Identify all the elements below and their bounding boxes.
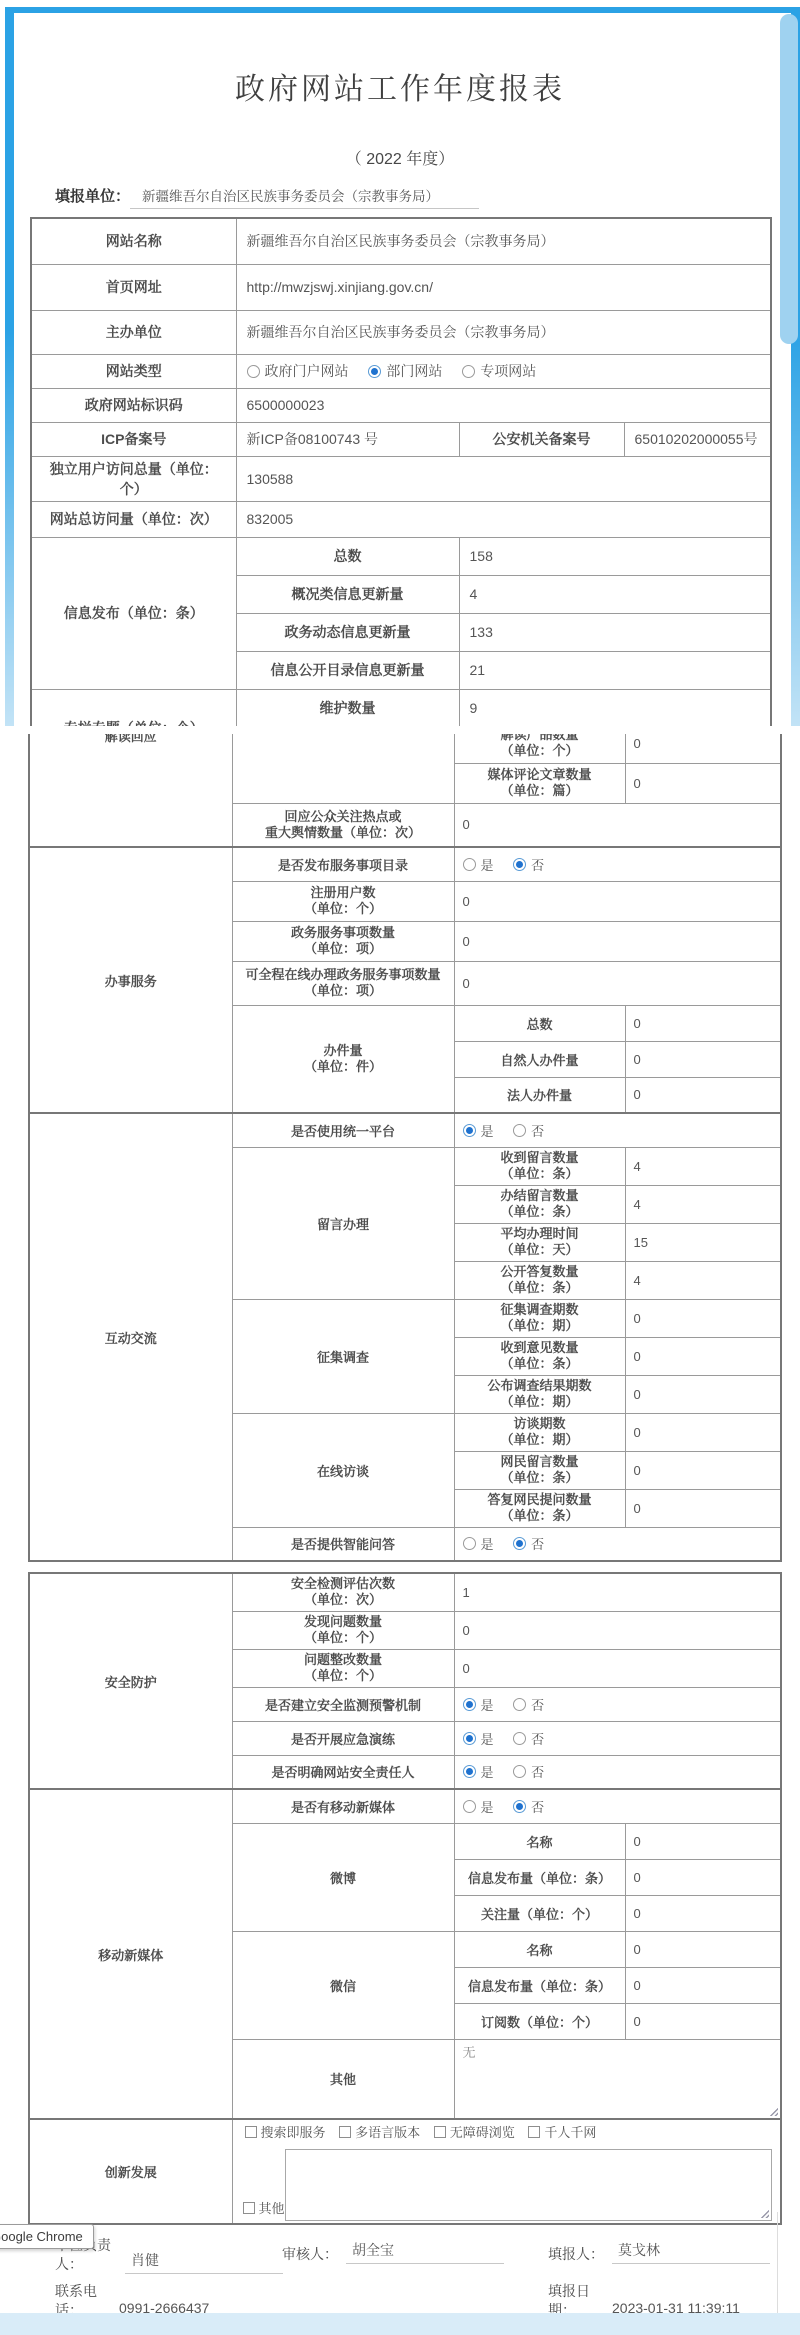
opinions-received-value: 0: [625, 1337, 781, 1375]
bottom-taskbar-strip: [0, 2313, 800, 2335]
table-row: 办事服务 是否发布服务事项目录 是 否: [29, 847, 781, 881]
wechat-subscribers-value: 0: [625, 2003, 781, 2039]
smart-qa-label: 是否提供智能问答: [232, 1527, 454, 1561]
message-handling-group-label: 留言办理: [232, 1147, 454, 1299]
security-media-segment: 安全防护 安全检测评估次数（单位：次） 1 发现问题数量（单位：个） 0 问题整…: [0, 1572, 800, 2225]
radio-selected-icon: [513, 1800, 526, 1813]
checkbox-icon: [528, 2126, 540, 2138]
resize-handle-icon[interactable]: [759, 2208, 769, 2218]
survey-periods-label: 征集调查期数（单位：期）: [454, 1299, 625, 1337]
registered-users-label: 注册用户数（单位：个）: [232, 881, 454, 921]
netizen-replies-value: 0: [625, 1489, 781, 1527]
radio-option-gov-portal[interactable]: 政府门户网站: [247, 361, 349, 381]
radio-option-no[interactable]: 否: [513, 1695, 544, 1714]
problems-fixed-value: 0: [454, 1649, 781, 1687]
website-type-label: 网站类型: [31, 354, 236, 388]
security-officer-radio-group: 是 否: [454, 1755, 781, 1789]
survey-group-label: 征集调查: [232, 1299, 454, 1413]
police-record-value: 65010202000055号: [624, 422, 771, 456]
window-frame-left: [5, 7, 14, 726]
resize-handle-icon[interactable]: [768, 2106, 778, 2116]
checkbox-icon: [243, 2202, 255, 2214]
radio-icon: [513, 1124, 526, 1137]
report-header-segment: 政府网站工作年度报表 （ 2022 年度） 填报单位：新疆维吾尔自治区民族事务委…: [0, 0, 800, 726]
homepage-url-value: http://mwzjswj.xinjiang.gov.cn/: [236, 264, 771, 310]
weibo-group-label: 微博: [232, 1823, 454, 1931]
smart-qa-radio-group: 是 否: [454, 1527, 781, 1561]
website-type-options: 政府门户网站 部门网站 专项网站: [236, 354, 771, 388]
radio-selected-icon: [463, 1124, 476, 1137]
messages-received-label: 收到留言数量（单位：条）: [454, 1147, 625, 1185]
reviewer-label: 审核人：: [282, 2245, 338, 2264]
table-row: 网站名称 新疆维吾尔自治区民族事务委员会（宗教事务局）: [31, 218, 771, 264]
unit-manager-input[interactable]: 肖健: [125, 2250, 283, 2274]
wechat-posts-value: 0: [625, 1967, 781, 2003]
table-row: 解读回应 解读产品数量（单位：个） 0: [29, 734, 781, 763]
security-assessments-label: 安全检测评估次数（单位：次）: [232, 1573, 454, 1611]
survey-results-label: 公布调查结果期数（单位：期）: [454, 1375, 625, 1413]
table-row: 信息发布（单位：条） 总数 158: [31, 537, 771, 575]
radio-selected-icon: [463, 1698, 476, 1711]
total-visits-label: 网站总访问量（单位：次）: [31, 501, 236, 537]
total-visits-value: 832005: [236, 501, 771, 537]
site-code-value: 6500000023: [236, 388, 771, 422]
services-interaction-table: 解读回应 解读产品数量（单位：个） 0 媒体评论文章数量（单位：篇） 0 回应公…: [28, 734, 782, 1562]
police-record-label: 公安机关备案号: [459, 422, 624, 456]
monitoring-mechanism-label: 是否建立安全监测预警机制: [232, 1687, 454, 1721]
report-year: （ 2022 年度）: [0, 146, 800, 169]
weibo-followers-value: 0: [625, 1895, 781, 1931]
service-catalog-label: 是否发布服务事项目录: [232, 847, 454, 881]
checkbox-search-service[interactable]: 搜索即服务: [245, 2122, 326, 2141]
radio-option-no-selected[interactable]: 否: [513, 855, 544, 874]
icp-label: ICP备案号: [31, 422, 236, 456]
reporter-group: 填报人： 莫戈林: [548, 2240, 770, 2264]
checkbox-personalized[interactable]: 千人千网: [528, 2122, 596, 2141]
monitoring-mechanism-radio-group: 是 否: [454, 1687, 781, 1721]
table-row: 政府网站标识码 6500000023: [31, 388, 771, 422]
checkbox-other[interactable]: 其他: [243, 2198, 285, 2217]
checkbox-accessibility[interactable]: 无障碍浏览: [434, 2122, 515, 2141]
radio-option-department-selected[interactable]: 部门网站: [368, 361, 442, 381]
table-row: ICP备案号 新ICP备08100743 号 公安机关备案号 650102020…: [31, 422, 771, 456]
radio-option-yes-selected[interactable]: 是: [463, 1762, 494, 1781]
service-catalog-radio-group: 是 否: [454, 847, 781, 881]
radio-icon: [513, 1698, 526, 1711]
reporting-unit-label: 填报单位：: [55, 188, 130, 205]
innovation-group-label: 创新发展: [29, 2119, 232, 2224]
table-row: 主办单位 新疆维吾尔自治区民族事务委员会（宗教事务局）: [31, 310, 771, 354]
maintained-count-value: 9: [459, 689, 771, 726]
unified-platform-radio-group: 是 否: [454, 1113, 781, 1147]
icp-value: 新ICP备08100743 号: [236, 422, 459, 456]
scrollbar-thumb[interactable]: [780, 14, 798, 344]
checkbox-multilingual[interactable]: 多语言版本: [339, 2122, 420, 2141]
table-row: 移动新媒体 是否有移动新媒体 是 否: [29, 1789, 781, 1823]
services-group-label: 办事服务: [29, 847, 232, 1113]
special-columns-group-label: 专栏专题（单位：个）: [31, 689, 236, 726]
has-mobile-media-label: 是否有移动新媒体: [232, 1789, 454, 1823]
radio-icon: [513, 1732, 526, 1745]
other-media-textarea[interactable]: 无: [454, 2039, 781, 2119]
reporter-label: 填报人：: [548, 2245, 604, 2264]
wechat-name-value: 0: [625, 1931, 781, 1967]
opinions-received-label: 收到意见数量（单位：条）: [454, 1337, 625, 1375]
interview-group-label: 在线访谈: [232, 1413, 454, 1527]
reporting-unit-line: 填报单位：新疆维吾尔自治区民族事务委员会（宗教事务局）: [55, 185, 800, 209]
footer-divider-line: [777, 2212, 778, 2318]
registered-users-value: 0: [454, 881, 781, 921]
weibo-posts-value: 0: [625, 1859, 781, 1895]
wechat-posts-label: 信息发布量（单位：条）: [454, 1967, 625, 2003]
security-media-table: 安全防护 安全检测评估次数（单位：次） 1 发现问题数量（单位：个） 0 问题整…: [28, 1572, 782, 2225]
radio-option-yes-selected[interactable]: 是: [463, 1695, 494, 1714]
problems-fixed-label: 问题整改数量（单位：个）: [232, 1649, 454, 1687]
interpretation-products-label: 解读产品数量（单位：个）: [454, 734, 625, 763]
table-row: 网站类型 政府门户网站 部门网站 专项网站: [31, 354, 771, 388]
info-total-label: 总数: [236, 537, 459, 575]
security-officer-label: 是否明确网站安全责任人: [232, 1755, 454, 1789]
radio-icon: [463, 1537, 476, 1550]
info-overview-label: 概况类信息更新量: [236, 575, 459, 613]
interpretation-group-label: 解读回应: [29, 734, 232, 847]
maintained-count-label: 维护数量: [236, 689, 459, 726]
checkbox-icon: [339, 2126, 351, 2138]
media-comments-value: 0: [625, 763, 781, 803]
wechat-name-label: 名称: [454, 1931, 625, 1967]
radio-option-no[interactable]: 否: [513, 1121, 544, 1140]
radio-option-yes-selected[interactable]: 是: [463, 1121, 494, 1140]
radio-icon: [463, 858, 476, 871]
survey-periods-value: 0: [625, 1299, 781, 1337]
sponsor-label: 主办单位: [31, 310, 236, 354]
unique-visitors-label: 独立用户访问总量（单位：个）: [31, 456, 236, 501]
info-news-label: 政务动态信息更新量: [236, 613, 459, 651]
service-items-label: 政务服务事项数量（单位：项）: [232, 921, 454, 961]
caseload-group-label: 办件量（单位：件）: [232, 1005, 454, 1113]
homepage-url-label: 首页网址: [31, 264, 236, 310]
public-replies-value: 4: [625, 1261, 781, 1299]
window-frame-top: [5, 7, 795, 13]
avg-handling-time-value: 15: [625, 1223, 781, 1261]
reporting-unit-value[interactable]: 新疆维吾尔自治区民族事务委员会（宗教事务局）: [130, 185, 479, 209]
radio-option-yes[interactable]: 是: [463, 855, 494, 874]
problems-found-value: 0: [454, 1611, 781, 1649]
info-overview-value: 4: [459, 575, 771, 613]
online-service-items-value: 0: [454, 961, 781, 1005]
wechat-group-label: 微信: [232, 1931, 454, 2039]
radio-selected-icon: [368, 365, 381, 378]
website-name-label: 网站名称: [31, 218, 236, 264]
messages-completed-label: 办结留言数量（单位：条）: [454, 1185, 625, 1223]
messages-completed-value: 4: [625, 1185, 781, 1223]
netizen-messages-value: 0: [625, 1451, 781, 1489]
radio-option-yes-selected[interactable]: 是: [463, 1729, 494, 1748]
website-name-value: 新疆维吾尔自治区民族事务委员会（宗教事务局）: [236, 218, 771, 264]
avg-handling-time-label: 平均办理时间（单位：天）: [454, 1223, 625, 1261]
radio-option-no-selected[interactable]: 否: [513, 1534, 544, 1553]
radio-option-yes[interactable]: 是: [463, 1534, 494, 1553]
table-row: 网站总访问量（单位：次） 832005: [31, 501, 771, 537]
table-row: 创新发展 搜索即服务 多语言版本 无障碍浏览 千人千网 其他: [29, 2119, 781, 2224]
table-row: 专栏专题（单位：个） 维护数量 9: [31, 689, 771, 726]
innovation-checkbox-row: 搜索即服务 多语言版本 无障碍浏览 千人千网: [241, 2122, 773, 2141]
radio-icon: [247, 365, 260, 378]
weibo-followers-label: 关注量（单位：个）: [454, 1895, 625, 1931]
reporter-input[interactable]: 莫戈林: [612, 2240, 770, 2264]
media-comments-label: 媒体评论文章数量（单位：篇）: [454, 763, 625, 803]
online-service-items-label: 可全程在线办理政务服务事项数量（单位：项）: [232, 961, 454, 1005]
problems-found-label: 发现问题数量（单位：个）: [232, 1611, 454, 1649]
innovation-textarea[interactable]: [285, 2149, 773, 2221]
radio-selected-icon: [513, 1537, 526, 1550]
info-news-value: 133: [459, 613, 771, 651]
unique-visitors-value: 130588: [236, 456, 771, 501]
radio-option-yes[interactable]: 是: [463, 1797, 494, 1816]
info-publish-group-label: 信息发布（单位：条）: [31, 537, 236, 689]
basic-info-table: 网站名称 新疆维吾尔自治区民族事务委员会（宗教事务局） 首页网址 http://…: [30, 217, 772, 726]
info-catalog-label: 信息公开目录信息更新量: [236, 651, 459, 689]
annual-report-page: 政府网站工作年度报表 （ 2022 年度） 填报单位：新疆维吾尔自治区民族事务委…: [0, 0, 800, 2335]
interpretation-products-value: 0: [625, 734, 781, 763]
interview-periods-label: 访谈期数（单位：期）: [454, 1413, 625, 1451]
info-catalog-value: 21: [459, 651, 771, 689]
interpretation-empty-cell: [232, 734, 454, 803]
security-group-label: 安全防护: [29, 1573, 232, 1789]
other-media-value: 无: [463, 2045, 476, 2060]
emergency-drill-radio-group: 是 否: [454, 1721, 781, 1755]
public-replies-label: 公开答复数量（单位：条）: [454, 1261, 625, 1299]
other-media-label: 其他: [232, 2039, 454, 2119]
caseload-natural-label: 自然人办件量: [454, 1041, 625, 1077]
interview-periods-value: 0: [625, 1413, 781, 1451]
checkbox-icon: [434, 2126, 446, 2138]
sponsor-value: 新疆维吾尔自治区民族事务委员会（宗教事务局）: [236, 310, 771, 354]
radio-selected-icon: [463, 1732, 476, 1745]
radio-selected-icon: [513, 858, 526, 871]
mobile-media-group-label: 移动新媒体: [29, 1789, 232, 2119]
radio-icon: [513, 1765, 526, 1778]
checkbox-icon: [245, 2126, 257, 2138]
reviewer-input[interactable]: 胡全宝: [346, 2240, 504, 2264]
weibo-posts-label: 信息发布量（单位：条）: [454, 1859, 625, 1895]
wechat-subscribers-label: 订阅数（单位：个）: [454, 2003, 625, 2039]
public-response-value: 0: [454, 803, 781, 847]
info-total-value: 158: [459, 537, 771, 575]
radio-option-no[interactable]: 否: [513, 1729, 544, 1748]
has-mobile-media-radio-group: 是 否: [454, 1789, 781, 1823]
radio-option-no-selected[interactable]: 否: [513, 1797, 544, 1816]
radio-option-special[interactable]: 专项网站: [462, 361, 536, 381]
caseload-legal-label: 法人办件量: [454, 1077, 625, 1113]
messages-received-value: 4: [625, 1147, 781, 1185]
innovation-cell: 搜索即服务 多语言版本 无障碍浏览 千人千网 其他: [232, 2119, 781, 2224]
site-code-label: 政府网站标识码: [31, 388, 236, 422]
interaction-group-label: 互动交流: [29, 1113, 232, 1561]
survey-results-value: 0: [625, 1375, 781, 1413]
weibo-name-value: 0: [625, 1823, 781, 1859]
table-row: 独立用户访问总量（单位：个） 130588: [31, 456, 771, 501]
chrome-tooltip: Google Chrome: [0, 2224, 94, 2249]
innovation-other-row: 其他: [241, 2149, 773, 2221]
radio-icon: [463, 1800, 476, 1813]
unified-platform-label: 是否使用统一平台: [232, 1113, 454, 1147]
weibo-name-label: 名称: [454, 1823, 625, 1859]
radio-icon: [462, 365, 475, 378]
security-assessments-value: 1: [454, 1573, 781, 1611]
page-title: 政府网站工作年度报表: [0, 20, 800, 108]
radio-option-no[interactable]: 否: [513, 1762, 544, 1781]
netizen-replies-label: 答复网民提问数量（单位：条）: [454, 1489, 625, 1527]
netizen-messages-label: 网民留言数量（单位：条）: [454, 1451, 625, 1489]
table-row: 互动交流 是否使用统一平台 是 否: [29, 1113, 781, 1147]
emergency-drill-label: 是否开展应急演练: [232, 1721, 454, 1755]
caseload-legal-value: 0: [625, 1077, 781, 1113]
table-row: 安全防护 安全检测评估次数（单位：次） 1: [29, 1573, 781, 1611]
table-row: 首页网址 http://mwzjswj.xinjiang.gov.cn/: [31, 264, 771, 310]
reviewer-group: 审核人： 胡全宝: [282, 2240, 504, 2264]
caseload-total-label: 总数: [454, 1005, 625, 1041]
radio-selected-icon: [463, 1765, 476, 1778]
service-items-value: 0: [454, 921, 781, 961]
caseload-total-value: 0: [625, 1005, 781, 1041]
public-response-label: 回应公众关注热点或重大舆情数量（单位：次）: [232, 803, 454, 847]
services-interaction-segment: 解读回应 解读产品数量（单位：个） 0 媒体评论文章数量（单位：篇） 0 回应公…: [0, 734, 800, 1562]
caseload-natural-value: 0: [625, 1041, 781, 1077]
